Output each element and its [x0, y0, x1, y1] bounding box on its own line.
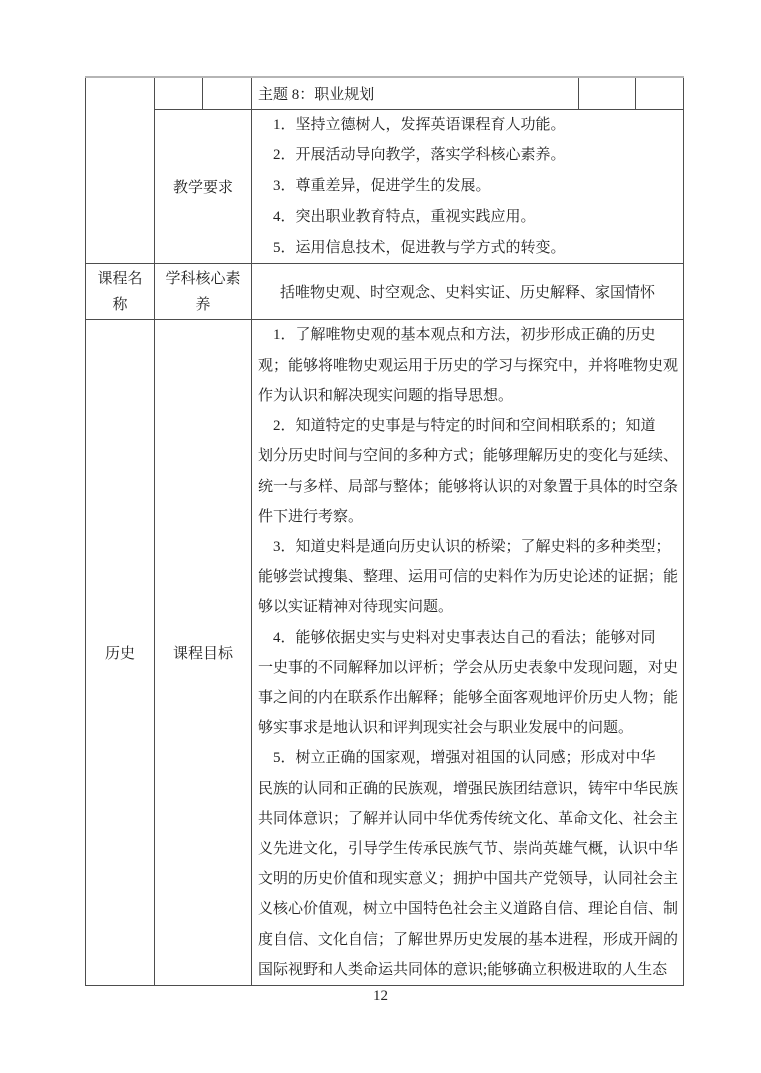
text-line: 5．树立正确的国家观，增强对祖国的认同感；形成对中华 — [258, 743, 678, 773]
core-competency-content-cell: 括唯物史观、时空观念、史料实证、历史解释、家国情怀 — [252, 264, 684, 320]
page-number: 12 — [0, 988, 761, 1005]
text-line: 观；能够将唯物史观运用于历史的学习与探究中，并将唯物史观 — [258, 351, 678, 381]
topic-text: 主题 8：职业规划 — [258, 87, 374, 103]
empty-cell — [579, 77, 636, 109]
text-line: 统一与多样、局部与整体；能够将认识的对象置于具体的时空条 — [258, 472, 678, 502]
text-line: 文明的历史价值和现实意义；拥护中国共产党领导，认同社会主 — [258, 864, 678, 894]
text-line: 2．知道特定的史事是与特定的时间和空间相联系的；知道 — [258, 411, 678, 441]
text-line: 民族的认同和正确的民族观，增强民族团结意识，铸牢中华民族 — [258, 774, 678, 804]
course-objectives-label-cell: 课程目标 — [155, 320, 252, 985]
course-name-label: 课程名称 — [95, 266, 145, 318]
text-line: 1．了解唯物史观的基本观点和方法，初步形成正确的历史 — [258, 320, 678, 350]
subject-cell: 历史 — [86, 320, 155, 985]
empty-left-cell — [86, 77, 155, 264]
empty-cell — [155, 77, 203, 109]
text-line: 义先进文化，引导学生传承民族气节、崇尚英雄气概，认识中华 — [258, 834, 678, 864]
curriculum-table: 主题 8：职业规划 教学要求 1．坚持立德树人，发挥英语课程育人功能。 2．开展… — [85, 76, 684, 986]
teaching-requirements-list: 1．坚持立德树人，发挥英语课程育人功能。 2．开展活动导向教学，落实学科核心素养… — [252, 110, 683, 264]
text-line: 度自信、文化自信；了解世界历史发展的基本进程，形成开阔的 — [258, 925, 678, 955]
text-line: 义核心价值观，树立中国特色社会主义道路自信、理论自信、制 — [258, 894, 678, 924]
text-line: 一史事的不同解释加以评析；学会从历史表象中发现问题，对史 — [258, 653, 678, 683]
topic-cell: 主题 8：职业规划 — [252, 77, 579, 109]
core-competency-content: 括唯物史观、时空观念、史料实证、历史解释、家国情怀 — [280, 285, 655, 301]
text-line: 1．坚持立德树人，发挥英语课程育人功能。 — [258, 110, 678, 141]
teaching-requirements-label: 教学要求 — [173, 180, 233, 196]
text-line: 共同体意识；了解并认同中华优秀传统文化、革命文化、社会主 — [258, 804, 678, 834]
text-line: 4．能够依据史实与史料对史事表达自己的看法；能够对同 — [258, 623, 678, 653]
text-line: 3．尊重差异，促进学生的发展。 — [258, 171, 678, 202]
teaching-requirements-content-cell: 1．坚持立德树人，发挥英语课程育人功能。 2．开展活动导向教学，落实学科核心素养… — [252, 109, 684, 264]
text-line: 国际视野和人类命运共同体的意识;能够确立积极进取的人生态 — [258, 955, 678, 985]
text-line: 4．突出职业教育特点，重视实践应用。 — [258, 202, 678, 233]
text-line: 够实事求是地认识和评判现实社会与职业发展中的问题。 — [258, 713, 678, 743]
text-line: 5．运用信息技术，促进教与学方式的转变。 — [258, 233, 678, 264]
empty-cell — [203, 77, 252, 109]
core-competency-label-cell: 学科核心素养 — [155, 264, 252, 320]
text-line: 划分历史时间与空间的多种方式；能够理解历史的变化与延续、 — [258, 441, 678, 471]
text-line: 作为认识和解决现实问题的指导思想。 — [258, 381, 678, 411]
subject-name: 历史 — [105, 646, 135, 662]
course-objectives-text: 1．了解唯物史观的基本观点和方法，初步形成正确的历史观；能够将唯物史观运用于历史… — [252, 320, 683, 984]
text-line: 事之间的内在联系作出解释；能够全面客观地评价历史人物；能 — [258, 683, 678, 713]
course-name-label-cell: 课程名称 — [86, 264, 155, 320]
text-line: 件下进行考察。 — [258, 502, 678, 532]
core-competency-label: 学科核心素养 — [164, 266, 242, 318]
text-line: 3．知道史料是通向历史认识的桥梁；了解史料的多种类型； — [258, 532, 678, 562]
text-line: 够以实证精神对待现实问题。 — [258, 592, 678, 622]
empty-cell — [636, 77, 684, 109]
text-line: 能够尝试搜集、整理、运用可信的史料作为历史论述的证据；能 — [258, 562, 678, 592]
course-objectives-content-cell: 1．了解唯物史观的基本观点和方法，初步形成正确的历史观；能够将唯物史观运用于历史… — [252, 320, 684, 985]
text-line: 2．开展活动导向教学，落实学科核心素养。 — [258, 140, 678, 171]
teaching-requirements-label-cell: 教学要求 — [155, 109, 252, 264]
course-objectives-label: 课程目标 — [173, 646, 233, 662]
